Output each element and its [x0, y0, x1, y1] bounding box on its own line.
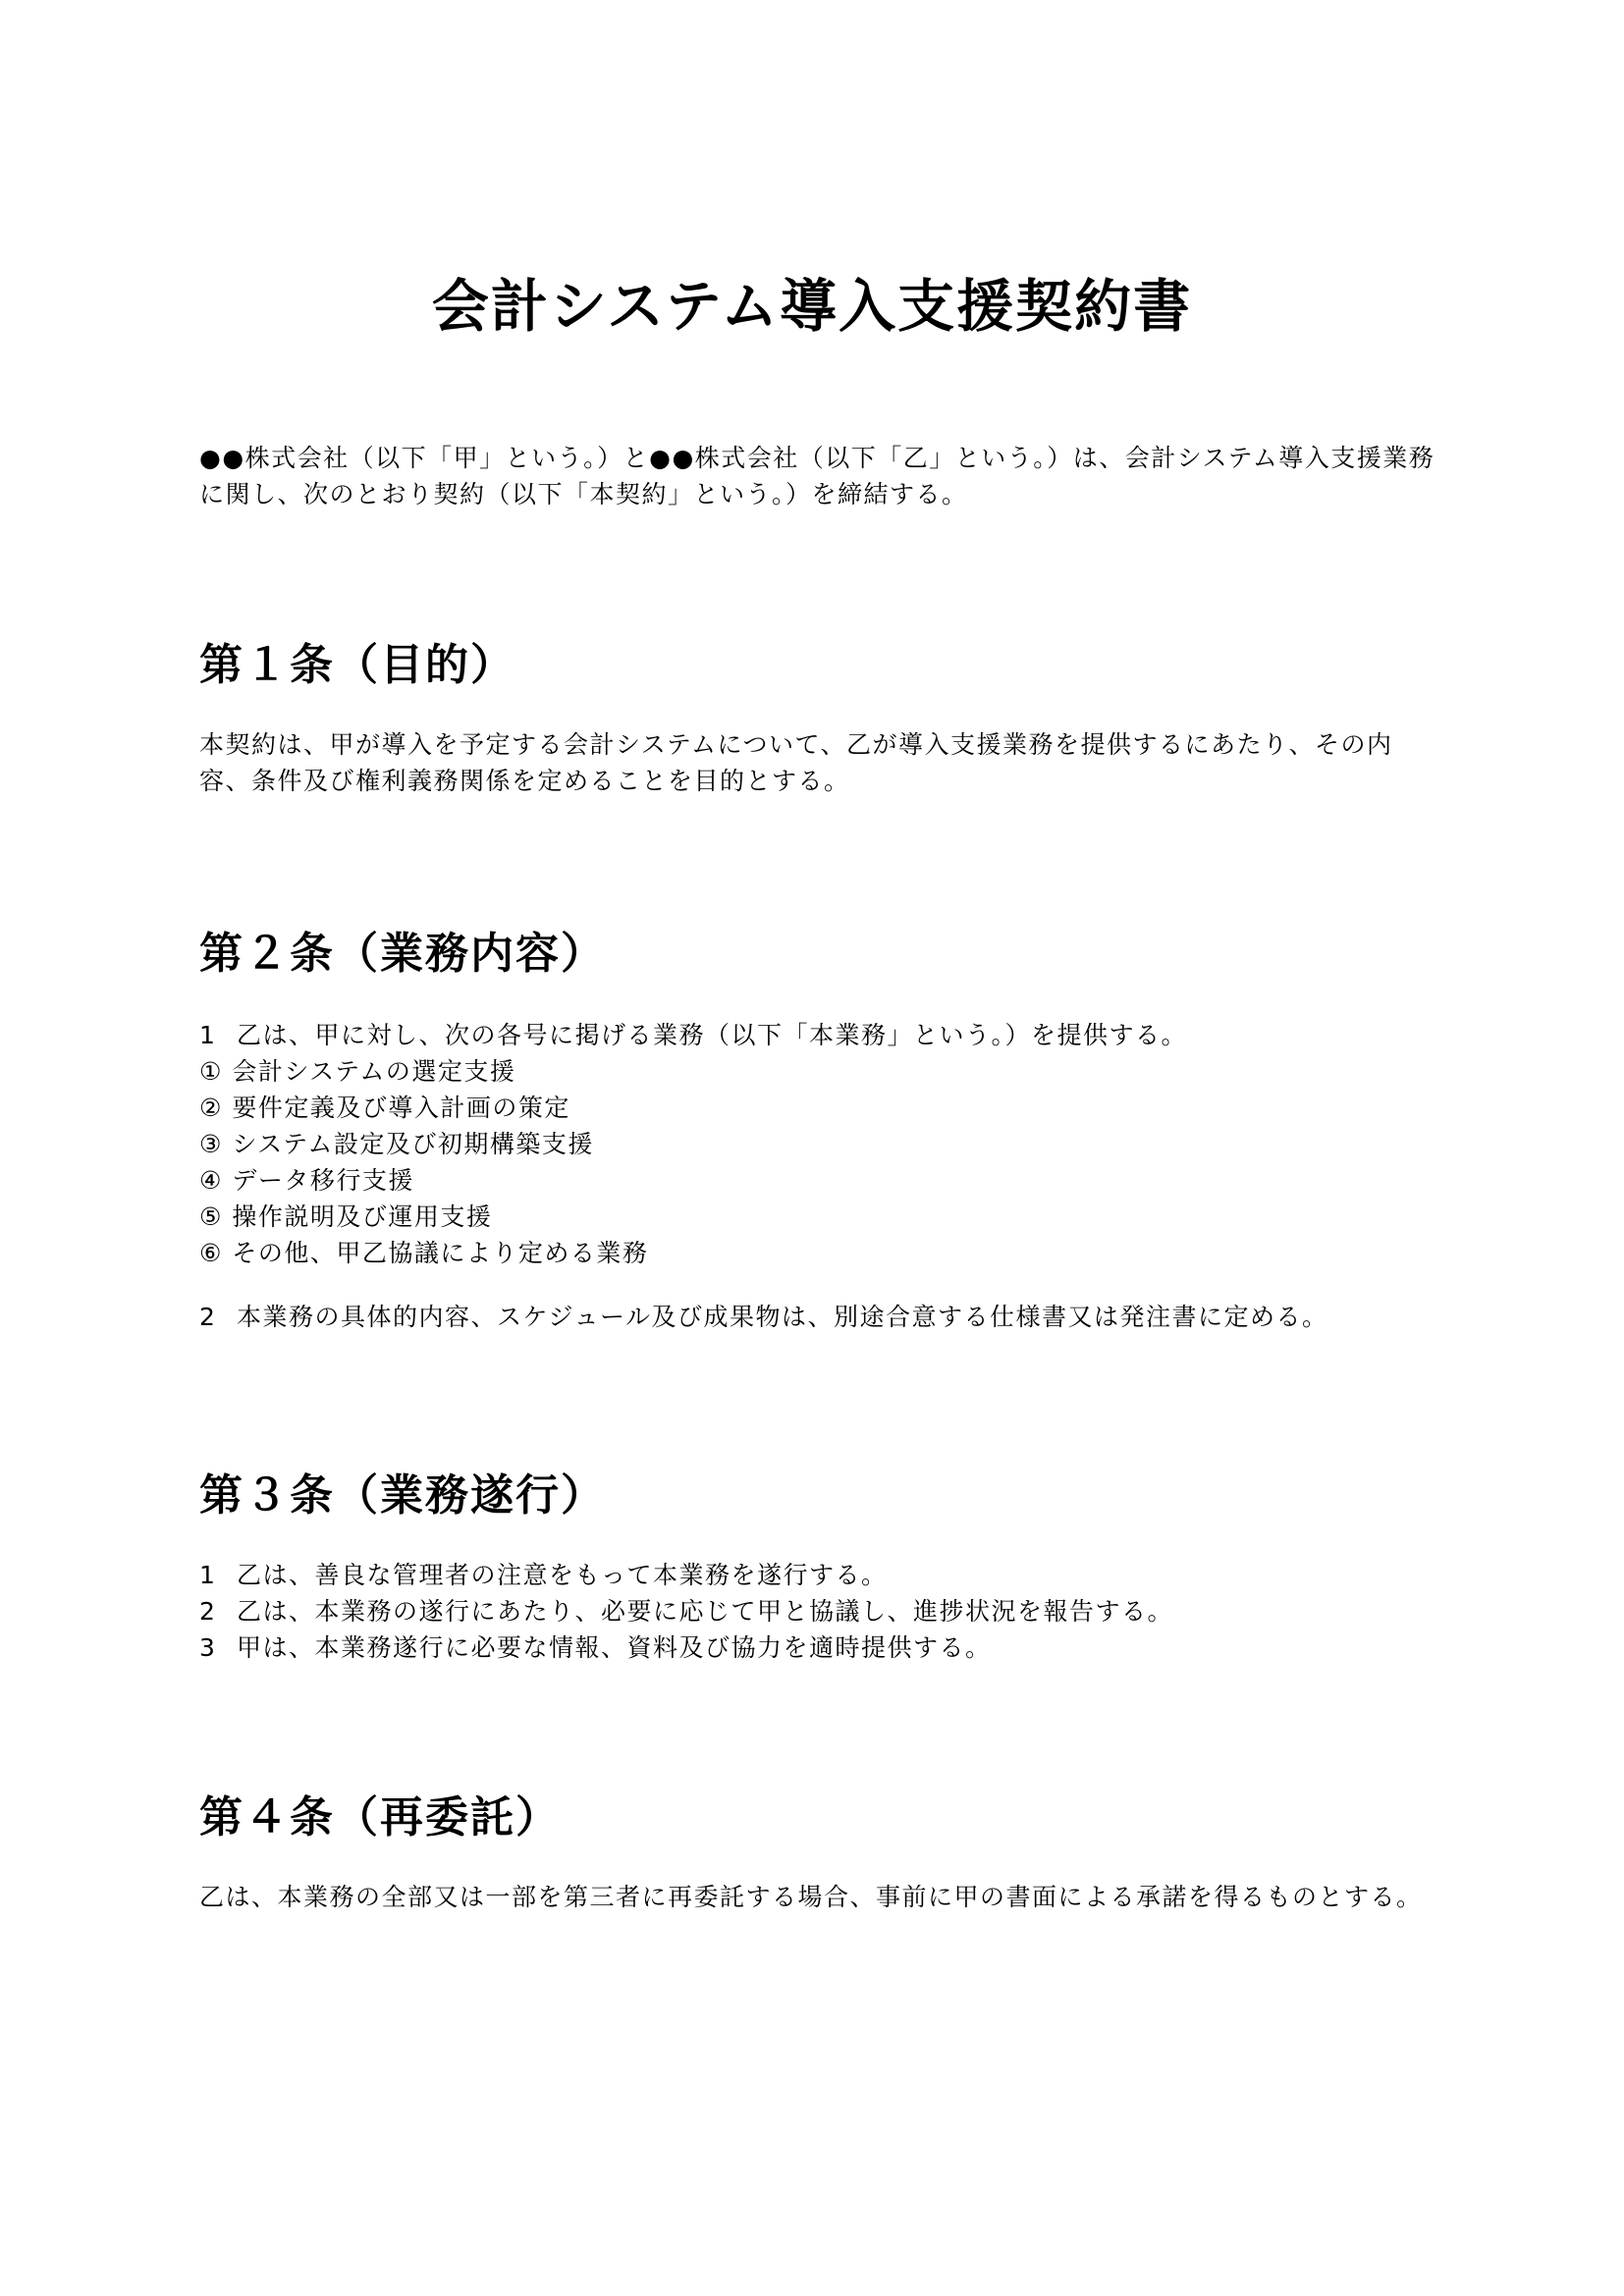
paragraph-number: 1 [199, 1017, 237, 1053]
paragraph-number: 2 [199, 1593, 237, 1629]
article-2-paragraph-1: 1乙は、甲に対し、次の各号に掲げる業務（以下「本業務」という。）を提供する。 [199, 1017, 1436, 1053]
paragraph-text: 乙は、善良な管理者の注意をもって本業務を遂行する。 [237, 1561, 888, 1589]
paragraph-text: 乙は、甲に対し、次の各号に掲げる業務（以下「本業務」という。）を提供する。 [237, 1021, 1187, 1049]
paragraph-number: 1 [199, 1557, 237, 1593]
article-4-text: 乙は、本業務の全部又は一部を第三者に再委託する場合、事前に甲の書面による承諾を得… [199, 1879, 1436, 1915]
article-1-heading: 第１条（目的） [199, 636, 515, 695]
article-4-heading: 第４条（再委託） [199, 1789, 561, 1847]
article-1-text: 本契約は、甲が導入を予定する会計システムについて、乙が導入支援業務を提供するにあ… [199, 726, 1436, 799]
preamble-text: ●●株式会社（以下「甲」という。）と●●株式会社（以下「乙」という。）は、会計シ… [199, 440, 1436, 512]
paragraph-number: 2 [199, 1299, 237, 1335]
list-item: ⑥ その他、甲乙協議により定める業務 [199, 1235, 1436, 1271]
article-1-body: 本契約は、甲が導入を予定する会計システムについて、乙が導入支援業務を提供するにあ… [199, 726, 1436, 799]
article-3-heading: 第３条（業務遂行） [199, 1467, 606, 1525]
list-item: ③ システム設定及び初期構築支援 [199, 1126, 1436, 1162]
list-item: ⑤ 操作説明及び運用支援 [199, 1199, 1436, 1235]
article-2-body: 1乙は、甲に対し、次の各号に掲げる業務（以下「本業務」という。）を提供する。 ①… [199, 1017, 1436, 1271]
paragraph-number: 3 [199, 1629, 237, 1666]
paragraph-text: 本業務の具体的内容、スケジュール及び成果物は、別途合意する仕様書又は発注書に定め… [237, 1303, 1328, 1331]
article-2-paragraph-2: 2本業務の具体的内容、スケジュール及び成果物は、別途合意する仕様書又は発注書に定… [199, 1299, 1436, 1335]
article-3-body: 1乙は、善良な管理者の注意をもって本業務を遂行する。 2乙は、本業務の遂行にあた… [199, 1557, 1436, 1666]
article-2-heading: 第２条（業務内容） [199, 925, 606, 984]
paragraph-text: 甲は、本業務遂行に必要な情報、資料及び協力を適時提供する。 [237, 1633, 992, 1662]
list-item: ④ データ移行支援 [199, 1162, 1436, 1199]
document-title: 会計システム導入支援契約書 [0, 267, 1624, 346]
article-3-paragraph: 3甲は、本業務遂行に必要な情報、資料及び協力を適時提供する。 [199, 1629, 1436, 1666]
preamble: ●●株式会社（以下「甲」という。）と●●株式会社（以下「乙」という。）は、会計シ… [199, 440, 1436, 512]
article-2-paragraph-2-line: 2本業務の具体的内容、スケジュール及び成果物は、別途合意する仕様書又は発注書に定… [199, 1299, 1436, 1335]
list-item: ① 会計システムの選定支援 [199, 1053, 1436, 1090]
article-3-paragraph: 2乙は、本業務の遂行にあたり、必要に応じて甲と協議し、進捗状況を報告する。 [199, 1593, 1436, 1629]
article-3-paragraph: 1乙は、善良な管理者の注意をもって本業務を遂行する。 [199, 1557, 1436, 1593]
list-item: ② 要件定義及び導入計画の策定 [199, 1090, 1436, 1126]
document-page: 会計システム導入支援契約書 ●●株式会社（以下「甲」という。）と●●株式会社（以… [0, 0, 1624, 2296]
paragraph-text: 乙は、本業務の遂行にあたり、必要に応じて甲と協議し、進捗状況を報告する。 [237, 1597, 1173, 1626]
article-4-body: 乙は、本業務の全部又は一部を第三者に再委託する場合、事前に甲の書面による承諾を得… [199, 1879, 1436, 1915]
